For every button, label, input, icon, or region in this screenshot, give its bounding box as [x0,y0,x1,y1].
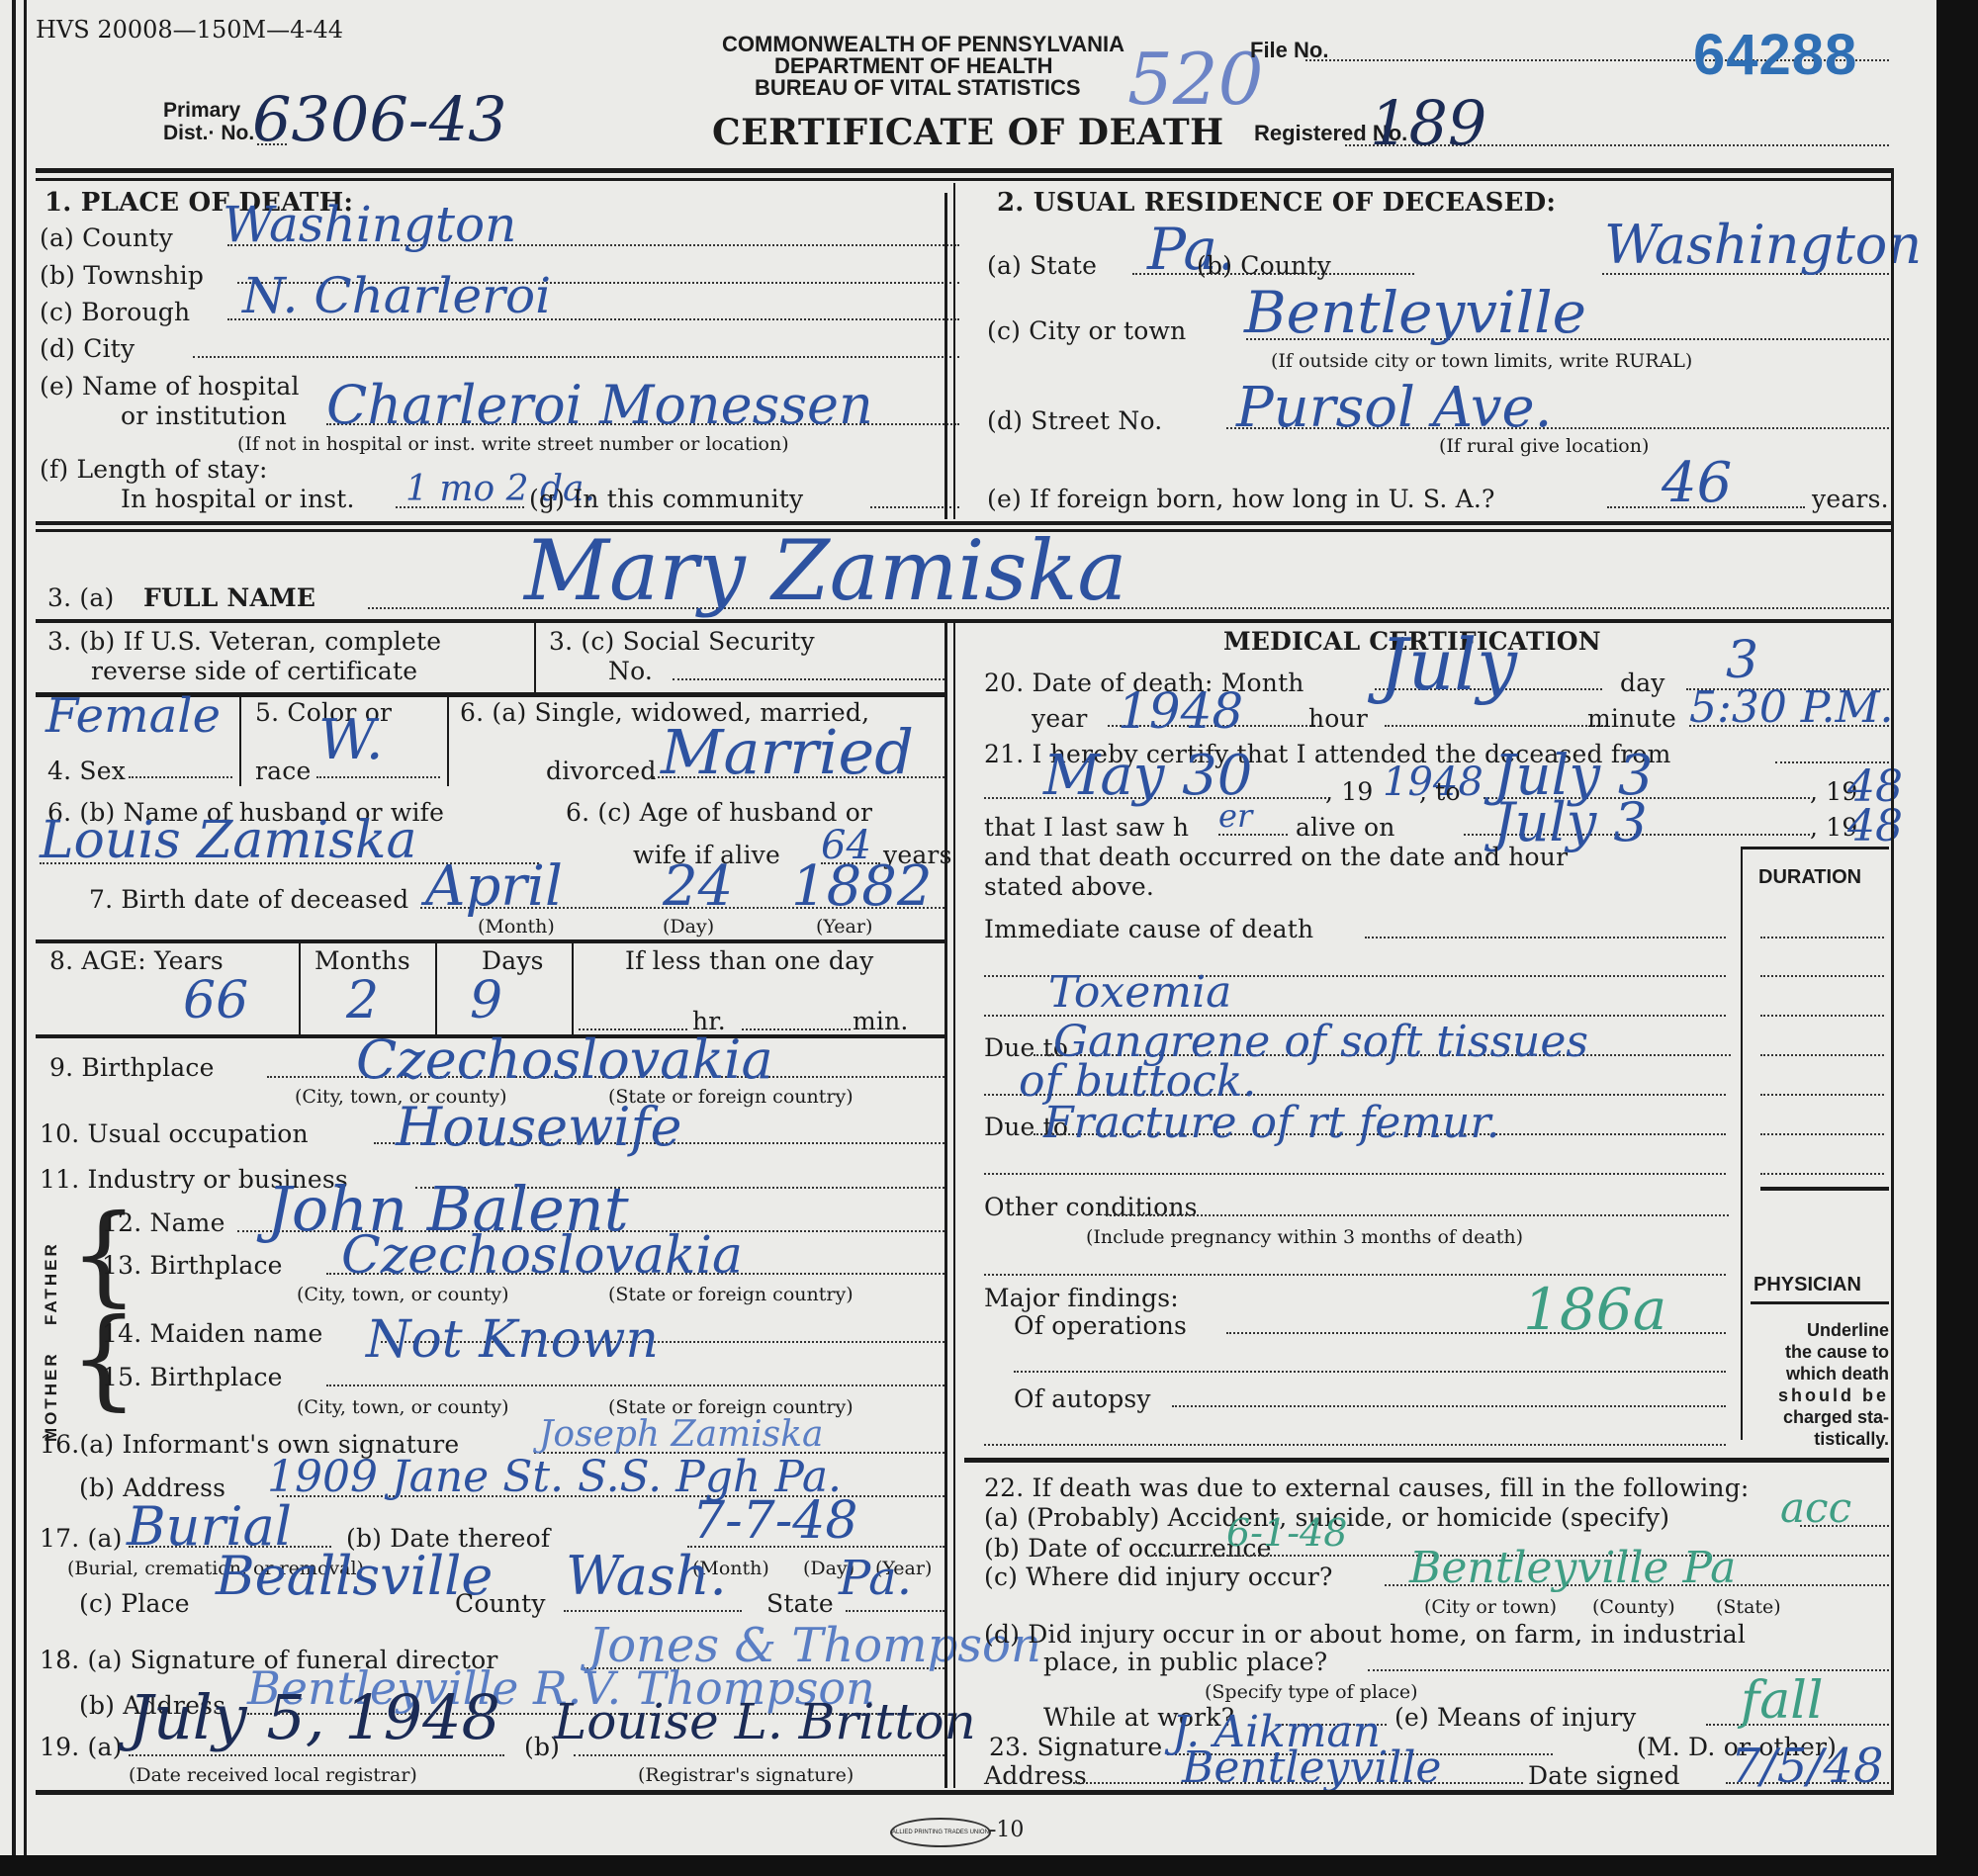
external-d-label: (d) Did injury occur in or about home, o… [984,1620,1746,1649]
margin-note: 520 [1127,38,1263,121]
death-day-label: day [1620,669,1665,697]
major-findings-label: Major findings: [984,1284,1179,1312]
primary-label: Primary [163,99,254,122]
full-name-label: FULL NAME [143,583,315,612]
burial-state-label: State [766,1589,834,1618]
ssn-field [673,678,944,680]
burial-county: Wash. [566,1545,727,1607]
race-label: race [255,757,311,785]
year-hint: (Year) [816,916,872,938]
years-label: years. [1812,485,1889,513]
res-city-label: (c) City or town [987,316,1186,345]
stated-line-1: and that death occurred on the date and … [984,843,1568,871]
res-city-note: (If outside city or town limits, write R… [1271,350,1692,372]
death-day: 3 [1726,631,1758,690]
birth-date-label: 7. Birth date of deceased [89,885,408,914]
sex: Female [45,688,221,744]
veteran-label-2: reverse side of certificate [91,657,417,685]
veteran-label: 3. (b) If U.S. Veteran, complete [47,627,441,656]
father-city-hint: (City, town, or county) [297,1284,509,1305]
ext-city-hint: (City or town) [1424,1596,1557,1618]
ssn-no-label: No. [608,657,653,685]
means-of-injury: fall [1741,1671,1824,1731]
occupation-label: 10. Usual occupation [40,1119,309,1148]
father-birthplace-label: 13. Birthplace [102,1251,283,1280]
physician-note-line: the cause to [1751,1341,1889,1363]
min-label: min. [853,1007,909,1035]
means-of-injury-label: (e) Means of injury [1394,1703,1637,1732]
primary-dist-label: Primary Dist.· No. [163,99,254,144]
day-hint: (Day) [663,916,714,938]
other-conditions-label: Other conditions [984,1193,1198,1221]
ext-d-hint: (Specify type of place) [1205,1681,1418,1703]
birthplace: Czechoslovakia [356,1028,773,1091]
ext-county-hint: (County) [1592,1596,1675,1618]
duration-label: DURATION [1758,866,1861,889]
registrar-a-label: 19. (a) [40,1733,123,1761]
death-time: 5:30 P.M. [1689,682,1894,733]
age-days: 9 [470,971,502,1030]
death-month: July [1380,623,1517,706]
external-c-label: (c) Where did injury occur? [984,1563,1333,1591]
operations-label: Of operations [1014,1311,1187,1340]
border-left-inner [24,0,27,1855]
birth-day: 24 [663,854,733,919]
birth-month: April [425,854,563,919]
external-a: acc [1780,1483,1851,1532]
from-year-prefix: , 19 [1325,777,1374,806]
physician-note-line: should be [1751,1385,1889,1406]
age-years: 66 [183,971,248,1030]
external-d-label-2: place, in public place? [1043,1648,1327,1676]
burial-place: Beallsville [216,1545,493,1607]
physician-note-line: Underline [1751,1319,1889,1341]
birth-year: 1882 [791,854,933,919]
burial-county-label: County [455,1589,546,1618]
border-left [12,0,16,1855]
physician-note-line: charged sta- [1751,1406,1889,1428]
last-saw-year: 48 [1847,801,1903,851]
ext-state-hint: (State) [1716,1596,1781,1618]
form-suffix: -10 [989,1818,1024,1842]
less-than-day-label: If less than one day [625,946,874,975]
informant-signature: Joseph Zamiska [539,1414,823,1455]
death-certificate: HVS 20008—150M—4-44 COMMONWEALTH OF PENN… [0,0,1936,1855]
foreign-years: 46 [1662,451,1732,515]
age-months: 2 [346,971,379,1030]
full-name: Mary Zamiska [524,522,1126,619]
registered-no: 189 [1370,87,1486,159]
external-causes-heading: 22. If death was due to external causes,… [984,1474,1750,1502]
death-minute-label: minute [1587,704,1676,733]
father-birthplace: Czechoslovakia [341,1226,743,1286]
ssn-label: 3. (c) Social Security [549,627,815,656]
physician-address-label: Address [984,1761,1087,1790]
father-side-label: FATHER [42,1208,61,1325]
union-label-logo: ALLIED PRINTING TRADES UNION LABEL COUNC… [890,1818,991,1847]
due-to-2: Fracture of rt femur. [1043,1098,1500,1148]
county-label: (a) County [40,223,173,252]
death-county: Washington [223,196,516,253]
org-line-3: BUREAU OF VITAL STATISTICS [755,75,1081,101]
burial-place-label: (c) Place [79,1589,190,1618]
stay-label: (f) Length of stay: [40,455,268,484]
mother-maiden-label: 14. Maiden name [102,1319,323,1348]
hospital-label: (e) Name of hospital [40,372,300,401]
marital-status: Married [661,716,914,788]
physician-address: Bentleyville [1182,1742,1441,1793]
sex-label: 4. Sex [47,757,126,785]
form-code: HVS 20008—150M—4-44 [36,16,343,44]
last-saw-label: that I last saw h [984,813,1189,842]
physician-note: Underline the cause to which death shoul… [1751,1319,1889,1450]
mother-side-label: MOTHER [42,1325,61,1442]
burial-state: Pa. [839,1551,912,1606]
physician-note-line: which death [1751,1363,1889,1385]
hospital-note: (If not in hospital or inst. write stree… [237,433,789,455]
dist-no-label: Dist.· No. [163,122,254,144]
autopsy-label: Of autopsy [1014,1385,1151,1413]
registrar-date-hint: (Date received local registrar) [129,1764,417,1786]
township-label: (b) Township [40,261,204,290]
external-c: Bentleyville Pa [1409,1543,1736,1593]
occupation: Housewife [396,1096,682,1158]
registrar-sig-hint: (Registrar's signature) [638,1764,854,1786]
death-year: 1948 [1118,682,1243,740]
external-b: 6-1-48 [1226,1511,1347,1555]
death-year-label: year [1032,704,1088,733]
father-name-label: 12. Name [102,1208,225,1237]
coder-mark: 186a [1523,1276,1666,1343]
residence-heading: 2. USUAL RESIDENCE OF DECEASED: [997,188,1556,218]
mother-city-hint: (City, town, or county) [297,1396,509,1418]
res-state-label: (a) State [987,251,1097,280]
father-state-hint: (State or foreign country) [608,1284,854,1305]
res-street-note: (If rural give location) [1439,435,1649,457]
death-township: N. Charleroi [242,267,551,324]
institution-label: or institution [121,402,287,430]
res-street: Pursol Ave. [1236,376,1552,440]
hospital-name: Charleroi Monessen [326,374,873,436]
divorced-label: divorced [546,757,657,785]
stated-line-2: stated above. [984,872,1154,901]
date-signed: 7/5/48 [1731,1739,1884,1794]
mother-birthplace-label: 15. Birthplace [102,1363,283,1391]
immediate-cause-label: Immediate cause of death [984,915,1313,943]
union-label-text: ALLIED PRINTING TRADES UNION LABEL COUNC… [892,1830,991,1835]
disposition-label: 17. (a) [40,1524,123,1553]
foreign-label: (e) If foreign born, how long in U. S. A… [987,485,1495,513]
file-no-stamp: 64288 [1693,22,1857,88]
physician-signature-label: 23. Signature [989,1733,1162,1761]
spouse-name: Louis Zamiska [40,811,416,870]
alive-on-label: alive on [1296,813,1395,842]
registrar-signature: Louise L. Britton [554,1693,976,1750]
physician-note-line: tistically. [1751,1428,1889,1450]
rule-bottom [36,1790,1893,1795]
borough-label: (c) Borough [40,298,190,326]
res-city: Bentleyville [1244,279,1586,346]
rule-top [36,168,1893,173]
race: W. [318,708,384,772]
res-street-label: (d) Street No. [987,406,1162,435]
res-county-label: (b) County [1197,251,1331,280]
to-label: , to [1419,777,1461,806]
full-name-num: 3. (a) [47,583,114,612]
mother-maiden-name: Not Known [366,1310,659,1370]
immediate-cause: Toxemia [1048,967,1231,1018]
city-label: (d) City [40,334,135,363]
registrar-date-received: July 5, 1948 [129,1681,500,1753]
res-county: Washington [1604,214,1922,276]
primary-dist-no: 6306-43 [252,83,507,155]
other-conditions-hint: (Include pregnancy within 3 months of de… [1086,1226,1523,1248]
community-label: (g) In this community [529,485,803,513]
stay-hospital-label: In hospital or inst. [121,485,355,513]
physician-label: PHYSICIAN [1753,1274,1861,1296]
birthplace-label: 9. Birthplace [49,1053,215,1082]
date-signed-label: Date signed [1528,1761,1680,1790]
death-hour-label: hour [1308,704,1368,733]
disposition-date: 7-7-48 [692,1491,857,1551]
month-hint: (Month) [478,916,555,938]
last-saw-pronoun: er [1218,797,1252,835]
